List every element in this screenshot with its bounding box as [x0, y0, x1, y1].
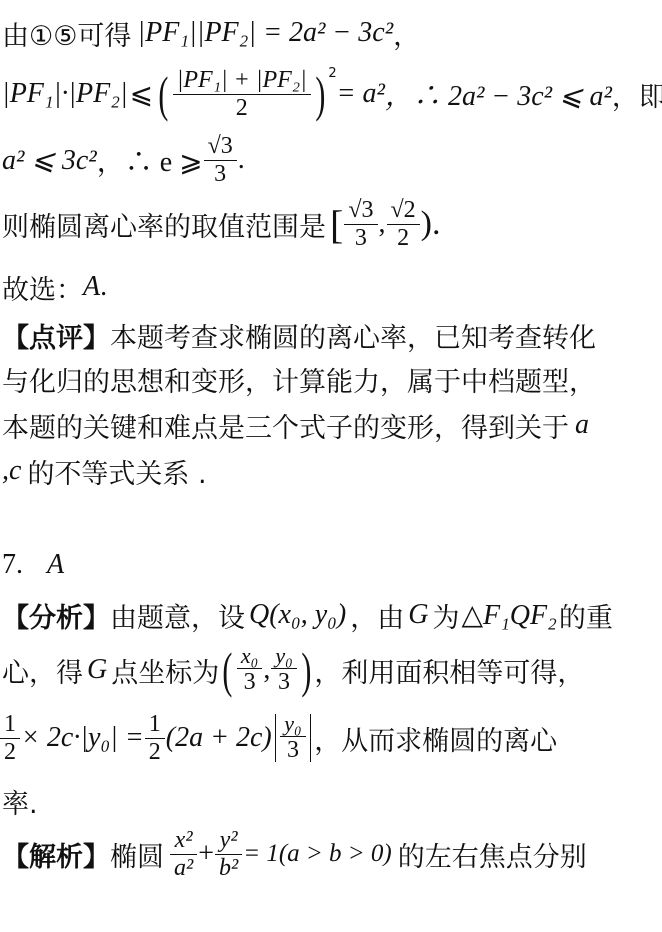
numerator: 1	[147, 711, 163, 737]
numerator: √3	[206, 133, 235, 159]
line-6: 【点评】 本题考查求椭圆的离心率，已知考查转化	[2, 310, 596, 360]
numerator: y₀	[273, 644, 294, 668]
text: 由题意，设	[110, 596, 245, 635]
fraction: y² b²	[217, 827, 240, 881]
left-paren: (	[158, 69, 168, 119]
fraction: x₀ 3	[239, 644, 260, 696]
denominator: 3	[280, 736, 305, 763]
math-var: G	[87, 654, 107, 686]
denominator: 2	[145, 738, 165, 765]
text: 的重	[559, 596, 613, 635]
line-13: 1 2 × 2c·|y₀| = 1 2 (2a + 2c) y₀ 3 ，从而求椭…	[2, 708, 557, 768]
answer: A	[83, 271, 100, 303]
denominator: a²	[170, 854, 197, 881]
fraction: √3 3	[346, 197, 375, 251]
text: 率.	[2, 782, 38, 821]
math-var: a	[575, 409, 589, 441]
math-expression: ，∴ 2a² − 3c² ⩽ a²	[385, 74, 612, 114]
text: 本题考查求椭圆的离心率，已知考查转化	[110, 316, 596, 355]
math-expression: = a²	[337, 78, 385, 110]
numerator: √3	[346, 197, 375, 223]
fraction: y₀ 3	[273, 644, 294, 696]
text: 心，得	[2, 651, 83, 690]
fraction: |PF₁| + |PF₂| 2	[175, 67, 309, 121]
text: ，即	[612, 75, 662, 114]
fraction: √3 3	[206, 133, 235, 187]
exponent: 2	[328, 66, 336, 81]
text: 由①⑤可得	[2, 14, 131, 53]
line-1: 由①⑤可得 |PF₁||PF₂| = 2a² − 3c² ，	[2, 8, 420, 58]
line-11: 【分析】 由题意，设 Q(x₀, y₀) ，由 G 为 △F₁QF₂ 的重	[2, 590, 613, 640]
numerator: |PF₁| + |PF₂|	[175, 67, 309, 93]
section-tag-solution: 【解析】	[2, 835, 110, 874]
math-expression: |PF₁|·|PF₂|	[2, 78, 128, 110]
math-operator: ⩽	[130, 77, 153, 111]
answer: A	[47, 549, 64, 581]
fraction: x² a²	[172, 827, 195, 881]
numerator: x²	[173, 827, 195, 853]
fraction: √2 2	[389, 197, 418, 251]
text: 则椭圆离心率的取值范围是	[2, 205, 326, 244]
text: ，从而求椭圆的离心	[314, 719, 557, 758]
denominator: 3	[344, 224, 377, 251]
math-expression: ，∴ e ⩾	[97, 140, 203, 180]
math-expression: (2a + 2c)	[166, 722, 272, 754]
line-7: 与化归的思想和变形，计算能力，属于中档题型，	[2, 354, 596, 404]
line-8: 本题的关键和难点是三个式子的变形，得到关于 a	[2, 400, 589, 450]
math-expression: = 1(a > b > 0)	[243, 840, 392, 868]
denominator: 3	[237, 668, 262, 695]
right-paren: )	[315, 69, 325, 119]
text: 本题的关键和难点是三个式子的变形，得到关于	[2, 406, 569, 445]
comma: ,	[263, 654, 270, 686]
denominator: b²	[215, 854, 242, 881]
denominator: 2	[0, 738, 20, 765]
numerator: y₀	[282, 712, 303, 736]
line-2: |PF₁|·|PF₂| ⩽ ( |PF₁| + |PF₂| 2 ) 2 = a²…	[2, 64, 662, 124]
line-5: 故选： A .	[2, 262, 107, 312]
line-12: 心，得 G 点坐标为 ( x₀ 3 , y₀ 3 ) ，利用面积相等可得，	[2, 642, 584, 698]
math-var: G	[408, 599, 428, 631]
question-number: 7.	[2, 549, 23, 581]
text: 的左右焦点分别	[398, 835, 587, 874]
fraction: 1 2	[147, 711, 163, 765]
denominator: 2	[387, 224, 420, 251]
line-4: 则椭圆离心率的取值范围是 [ √3 3 , √2 2 ).	[2, 196, 441, 252]
text: 的不等式关系 .	[27, 452, 206, 491]
math-expression: × 2c·|y₀| =	[21, 722, 144, 754]
text: ，	[393, 14, 420, 53]
numerator: y²	[218, 827, 240, 853]
abs-bar-left	[275, 714, 277, 762]
line-10: 7. A	[2, 540, 64, 590]
numerator: x₀	[239, 644, 260, 668]
comma: ,	[379, 208, 386, 240]
text: 与化归的思想和变形，计算能力，属于中档题型，	[2, 360, 596, 399]
text: ，由	[350, 596, 404, 635]
section-tag-analysis: 【分析】	[2, 596, 110, 635]
line-15: 【解析】 椭圆 x² a² + y² b² = 1(a > b > 0) 的左右…	[2, 826, 587, 882]
fraction: y₀ 3	[282, 712, 303, 764]
denominator: 2	[173, 94, 311, 121]
math-var: ,c	[2, 455, 21, 487]
section-tag-comment: 【点评】	[2, 316, 110, 355]
denominator: 3	[204, 160, 237, 187]
line-14: 率.	[2, 776, 38, 826]
fraction: 1 2	[2, 711, 18, 765]
left-bracket: [	[330, 201, 343, 248]
document-page: 由①⑤可得 |PF₁||PF₂| = 2a² − 3c² ， |PF₁|·|PF…	[0, 0, 662, 932]
text: 故选：	[2, 268, 83, 307]
abs-bar-right	[310, 714, 312, 762]
text: ，利用面积相等可得，	[314, 651, 584, 690]
text: 椭圆	[110, 835, 164, 874]
line-9: ,c 的不等式关系 .	[2, 446, 207, 496]
text: 为	[432, 596, 459, 635]
right-paren: ).	[421, 205, 441, 243]
line-3: a² ⩽ 3c² ，∴ e ⩾ √3 3 .	[2, 132, 245, 188]
denominator: 3	[271, 668, 296, 695]
math-expression: a² ⩽ 3c²	[2, 143, 97, 177]
text: 点坐标为	[111, 651, 219, 690]
left-paren: (	[223, 645, 233, 695]
math-expression: |PF₁||PF₂| = 2a² − 3c²	[137, 17, 393, 49]
numerator: 1	[2, 711, 18, 737]
numerator: √2	[389, 197, 418, 223]
period: .	[238, 144, 245, 176]
math-expression: △F₁QF₂	[461, 598, 556, 632]
plus: +	[198, 838, 214, 870]
right-paren: )	[301, 645, 311, 695]
period: .	[100, 271, 107, 303]
math-expression: Q(x₀, y₀)	[249, 599, 346, 631]
